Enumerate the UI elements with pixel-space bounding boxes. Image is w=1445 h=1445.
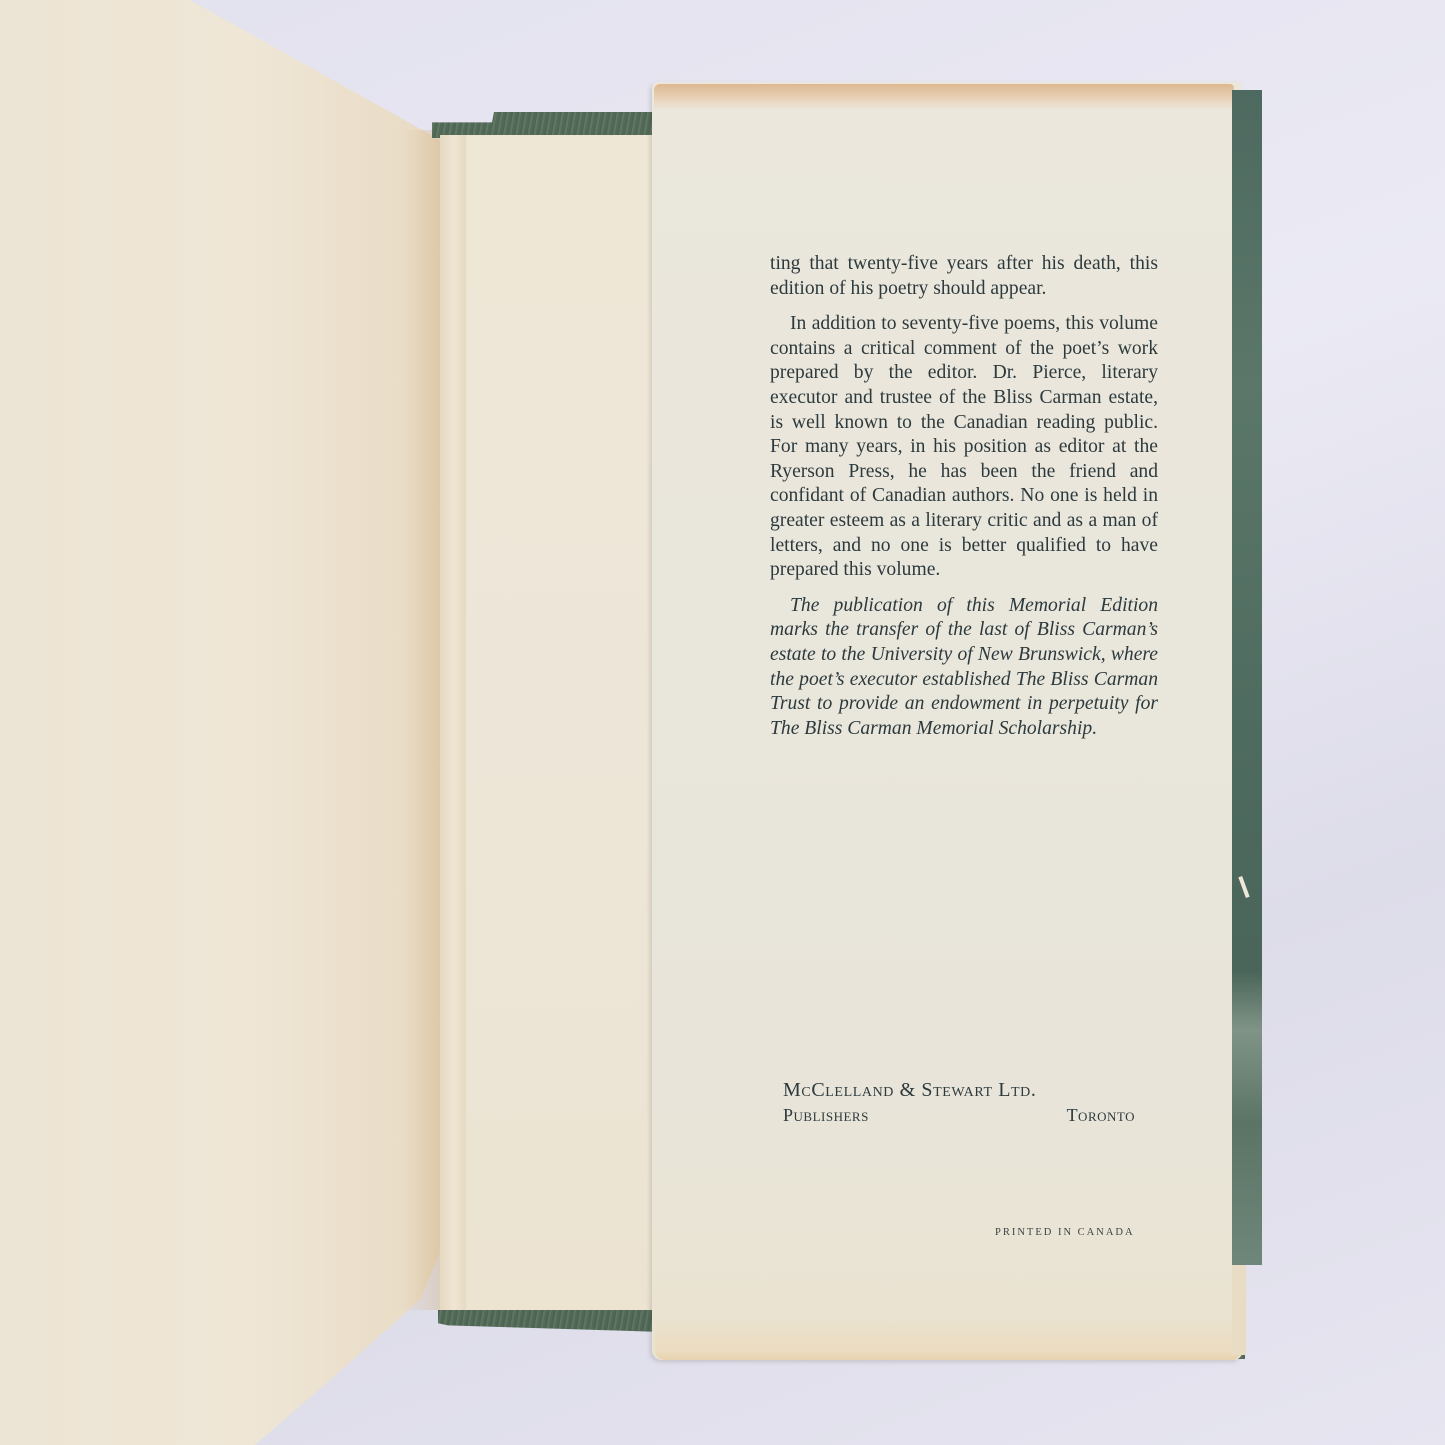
flap-worn-top-edge [654,84,1234,110]
blurb-paragraph-1: ting that twenty-five years after his de… [770,252,1158,301]
blurb-paragraph-3: The publication of this Memorial Edition… [770,594,1158,742]
jacket-green-wrap-band [1232,90,1262,1265]
flap-blurb: ting that twenty-five years after his de… [770,252,1158,752]
publisher-city: Toronto [1067,1105,1135,1126]
left-endpaper-page [0,0,450,1445]
pastedown-endpaper [466,135,656,1315]
publisher-name: McClelland & Stewart Ltd. [783,1079,1135,1102]
flap-toned-bottom-edge [655,1315,1240,1360]
blurb-paragraph-2: In addition to seventy-five poems, this … [770,312,1158,583]
cover-cloth-bottom-edge [438,1310,663,1332]
page-curl-shadow [400,130,445,1310]
printed-in-canada: PRINTED IN CANADA [995,1227,1135,1238]
jacket-band-end [1232,1265,1246,1355]
book-gutter-hinge [440,135,468,1315]
publisher-imprint: McClelland & Stewart Ltd. Publishers Tor… [783,1079,1135,1126]
publisher-label: Publishers [783,1105,869,1126]
